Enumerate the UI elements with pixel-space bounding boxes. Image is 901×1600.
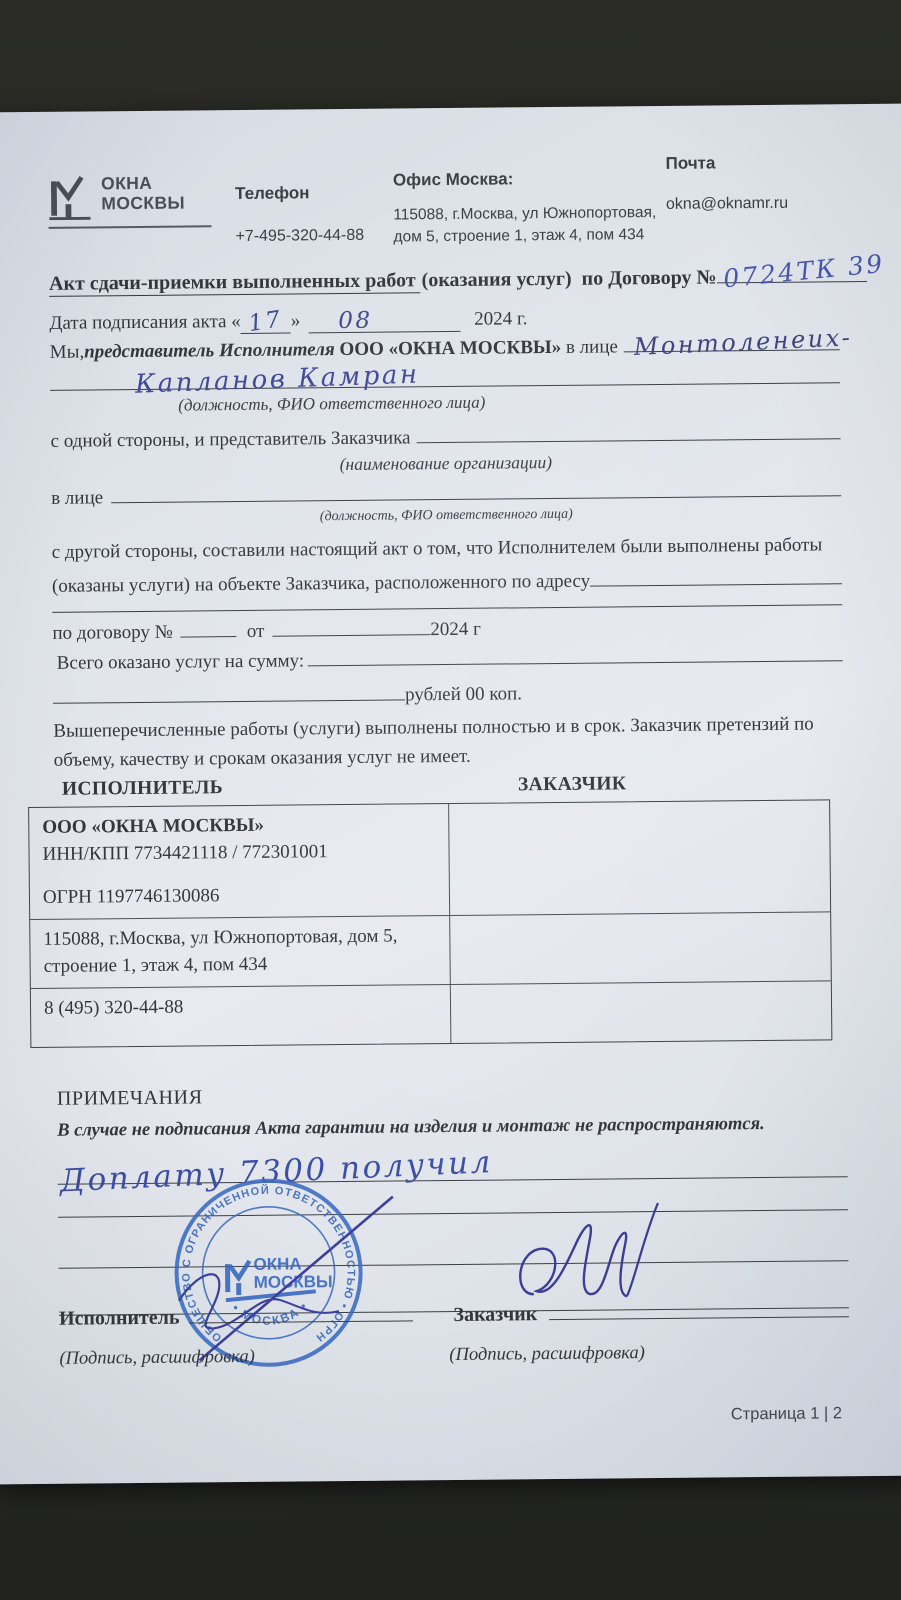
we-company: ООО «ОКНА МОСКВЫ» [339,337,561,361]
caption-signature-left: (Подпись, расшифровка) [59,1346,389,1370]
mail-block: Почта okna@oknamr.ru [665,152,838,214]
rubles-label: рублей 00 коп. [405,684,522,707]
title-rest: (оказания услуг) по Договору № [422,267,717,293]
document-page: ОКНА МОСКВЫ Телефон +7-495-320-44-88 Офи… [0,104,901,1485]
office-address-line2: дом 5, строение 1, этаж 4, пом 434 [393,224,666,248]
stamp-center-line2: МОСКВЫ [254,1272,333,1292]
stamp-center-logo: ОКНА МОСКВЫ [225,1254,332,1300]
office-address: 115088, г.Москва, ул Южнопортовая, дом 5… [393,202,666,248]
customer-requisites-cell-3 [451,982,832,1044]
mail-value: okna@oknamr.ru [666,194,839,214]
date-month-handwritten: 08 [338,308,373,334]
executor-requisites-cell: ООО «ОКНА МОСКВЫ» ИНН/КПП 7734421118 / 7… [29,804,450,920]
logo-line2: МОСКВЫ [101,193,185,213]
mail-label: Почта [665,152,838,174]
ogrn: ОГРН 1197746130086 [43,881,436,912]
total-label: Всего оказано услуг на сумму: [53,651,305,675]
caption-organization: (наименование организации) [51,450,841,479]
contract-no-label: по договору № [52,622,173,645]
phone-value: +7-495-320-44-88 [235,227,379,246]
signature-block: Исполнитель Заказчик (Подпись, расшифров… [59,1296,850,1370]
contract-reference-line: по договору № от 2024 г [52,616,842,646]
customer-requisites-cell-1 [449,801,830,917]
office-block: Офис Москва: 115088, г.Москва, ул Южнопо… [393,168,666,248]
para-other-side: с другой стороны, составили настоящий ак… [52,535,842,565]
we-prefix: Мы, [50,342,85,364]
customer-label: Заказчик [453,1303,537,1327]
office-label: Офис Москва: [393,168,666,191]
title-underlined: Акт сдачи-приемки выполненных работ [49,270,420,298]
company-name: ООО «ОКНА МОСКВЫ» [42,812,435,843]
phone-block: Телефон +7-495-320-44-88 [235,183,380,246]
contract-from-label: от [247,621,265,643]
phone-label: Телефон [235,183,379,204]
executor-header: ИСПОЛНИТЕЛЬ [54,775,482,801]
we-italic: представитель Исполнителя [84,339,340,363]
page-indicator: Страница 1 | 2 [731,1404,842,1424]
rubles-line: рублей 00 коп. [53,674,843,711]
customer-header: ЗАКАЗЧИК [482,774,627,797]
in-person-text: в лице [51,488,103,510]
executor-address-cell: 115088, г.Москва, ул Южнопортовая, дом 5… [30,916,451,989]
contract-year: 2024 г [430,619,481,641]
requisites-table: ООО «ОКНА МОСКВЫ» ИНН/КПП 7734421118 / 7… [28,800,832,1049]
total-sum-line: Всего оказано услуг на сумму: [53,646,843,676]
date-year: 2024 г. [474,309,527,332]
we-suffix: в лице [561,337,618,360]
date-day-handwritten: 17 [247,307,285,338]
notes-heading: ПРИМЕЧАНИЯ [57,1080,847,1111]
customer-representative-line: с одной стороны, и представитель Заказчи… [50,424,840,454]
date-quote-close: » [291,311,301,333]
customer-requisites-cell-2 [450,913,831,986]
logo-wordmark: ОКНА МОСКВЫ [101,174,185,214]
okna-moskvy-logo-icon [48,165,93,221]
executor-label: Исполнитель [59,1307,180,1331]
stamp-center-line1: ОКНА [253,1254,301,1273]
logo-line1: ОКНА [101,174,185,194]
document-title: Акт сдачи-приемки выполненных работ (ока… [49,266,839,298]
office-address-line1: 115088, г.Москва, ул Южнопортовая, [393,202,666,226]
date-prefix: Дата подписания акта « [49,311,241,335]
executor-phone-cell: 8 (495) 320-44-88 [31,985,452,1047]
contract-number-handwritten: 0724ТК 39 [722,249,886,294]
customer-line-text: с одной стороны, и представитель Заказчи… [50,428,410,453]
company-logo: ОКНА МОСКВЫ [48,164,212,229]
confirmation-paragraph: Вышеперечисленные работы (услуги) выполн… [53,711,834,775]
inn-kpp: ИНН/КПП 7734421118 / 772301001 [42,838,435,869]
caption-signature-right: (Подпись, расшифровка) [449,1343,645,1366]
letterhead: ОКНА МОСКВЫ Телефон +7-495-320-44-88 Офи… [48,158,839,243]
table-headers: ИСПОЛНИТЕЛЬ ЗАКАЗЧИК [54,772,844,802]
